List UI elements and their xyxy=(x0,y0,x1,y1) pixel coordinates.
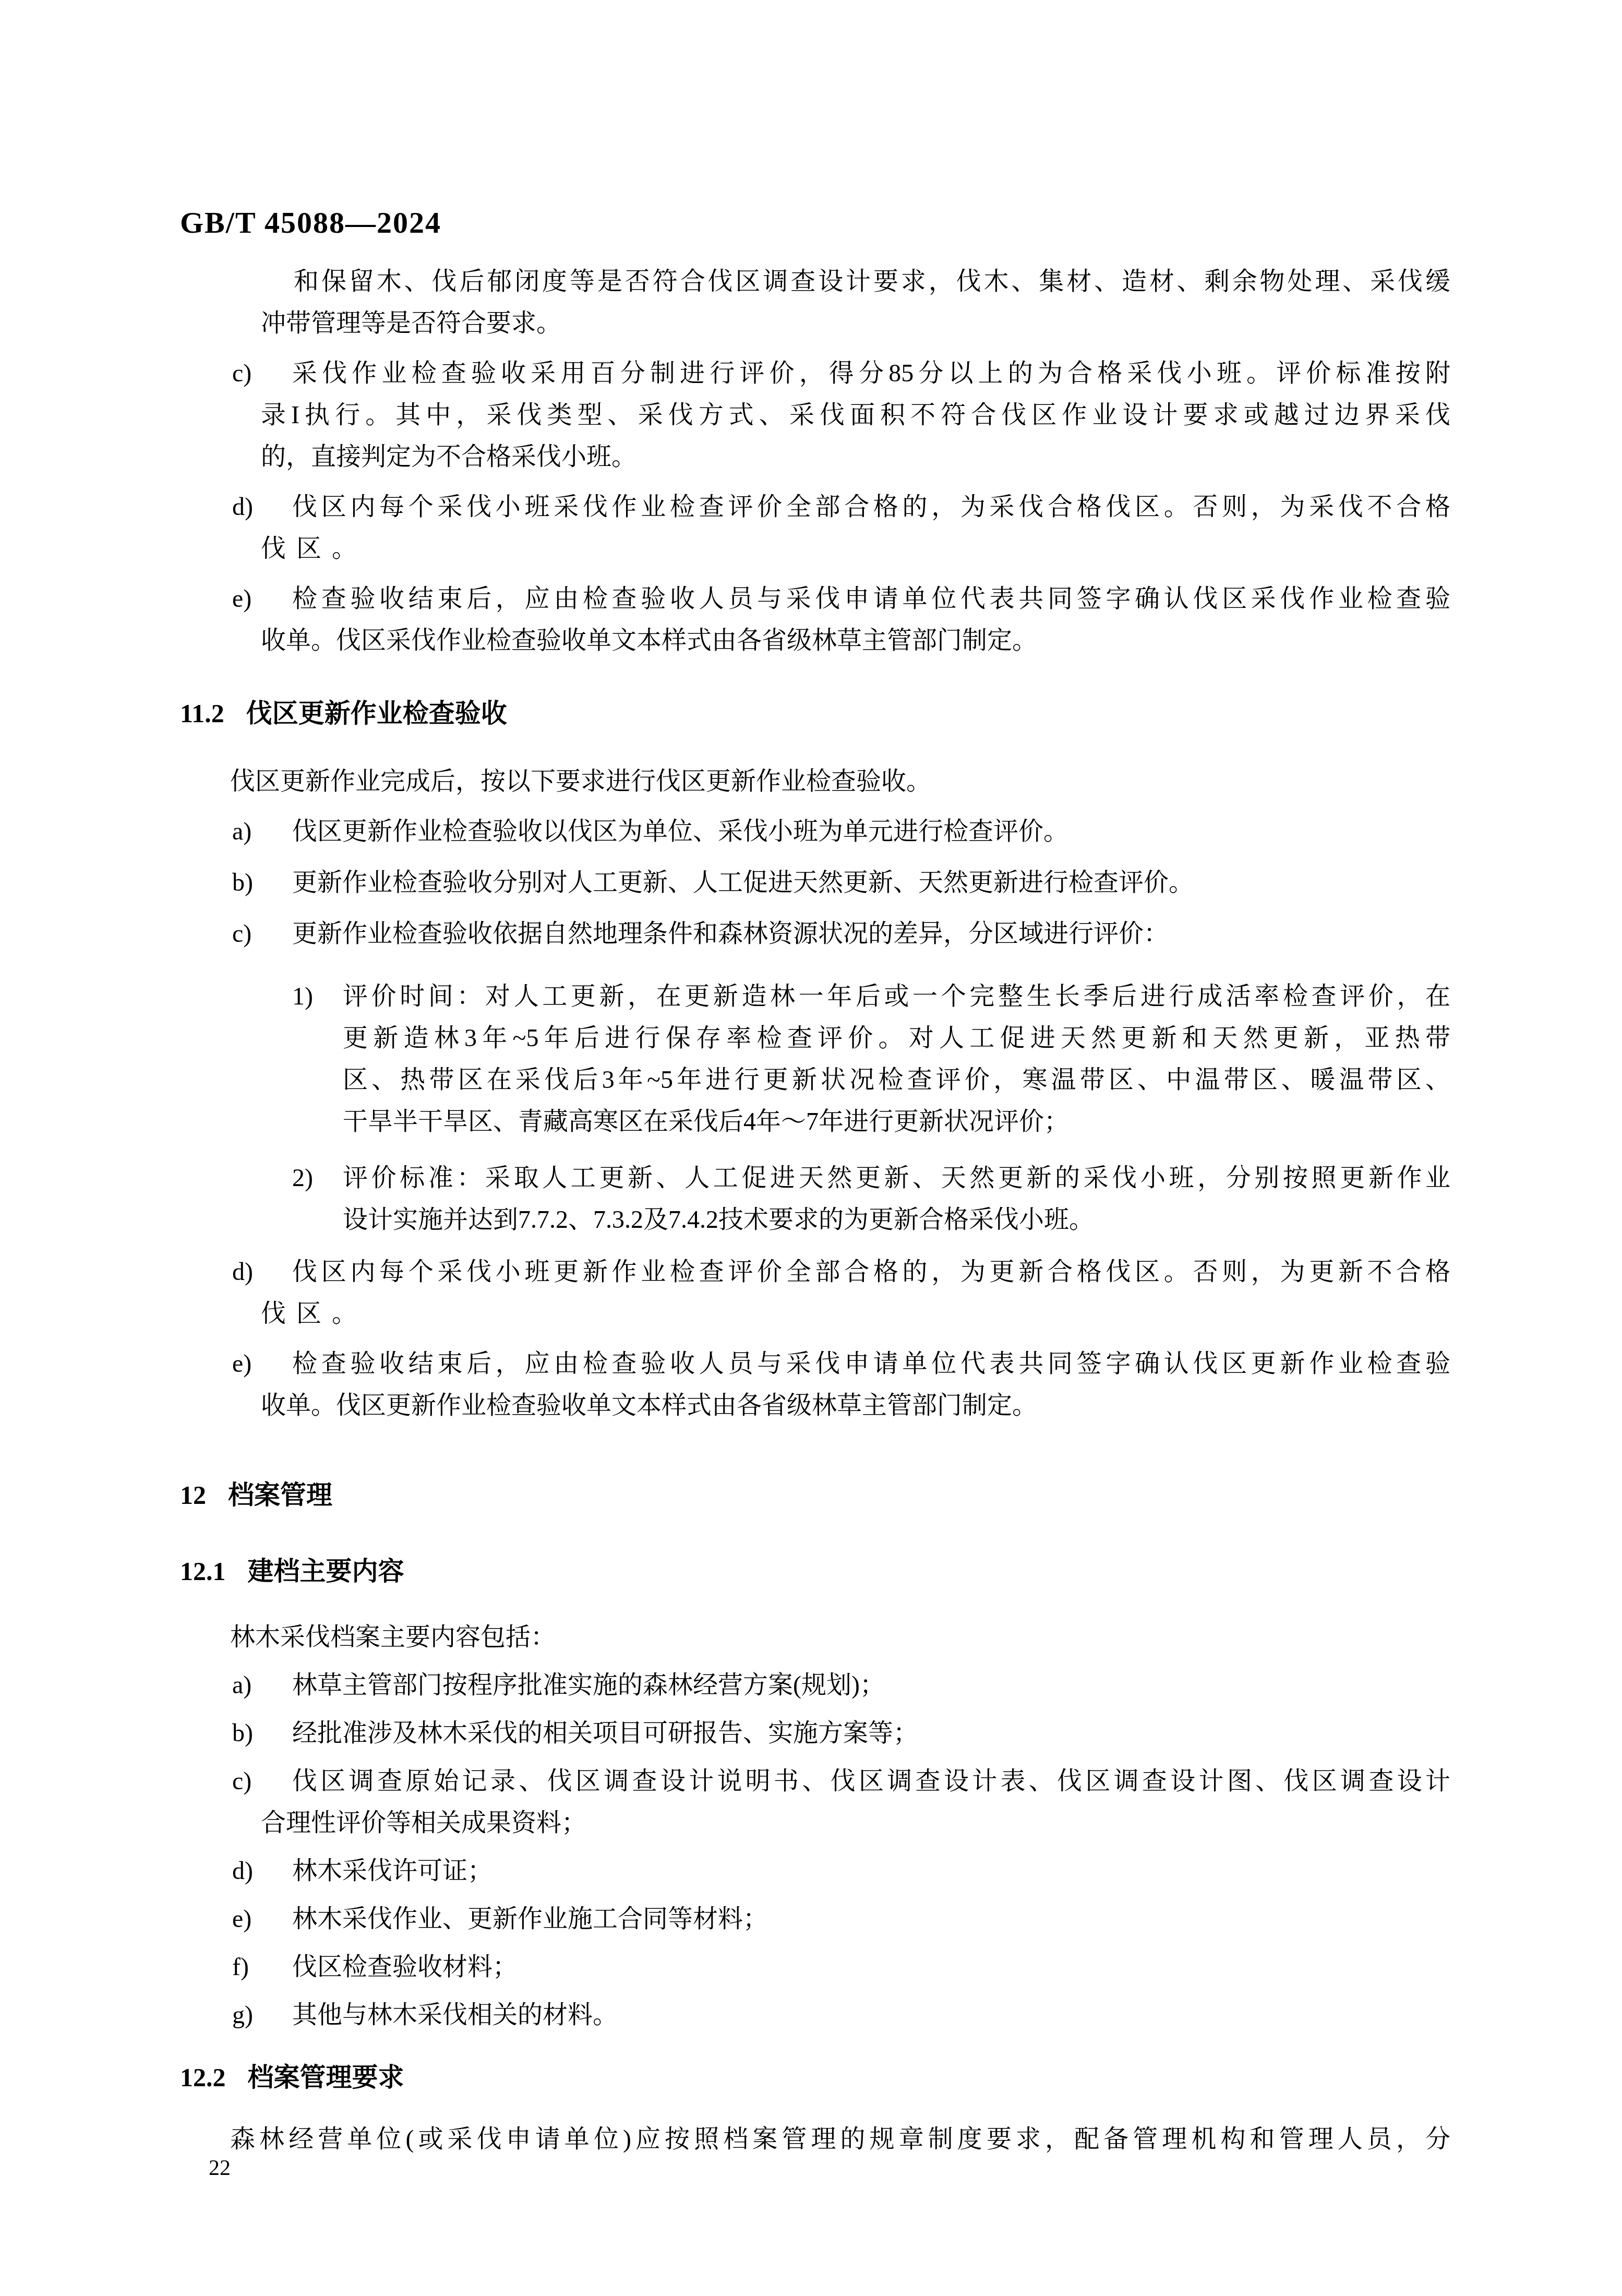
section-heading-12-2: 12.2档案管理要求 xyxy=(180,2059,1450,2096)
list-item: b) 更新作业检查验收分别对人工更新、人工促进天然更新、天然更新进行检查评价。 xyxy=(180,862,1450,904)
paragraph-line: 冲带管理等是否符合要求。 xyxy=(261,303,1450,344)
list-item: c) 采伐作业检查验收采用百分制进行评价，得分85分以上的为合格采伐小班。评价标… xyxy=(180,353,1450,478)
item-line: 伐区更新作业检查验收以伐区为单位、采伐小班为单元进行检查评价。 xyxy=(292,811,1450,853)
item-line: 区、热带区在采伐后3年~5年进行更新状况检查评价，寒温带区、中温带区、暖温带区、 xyxy=(343,1059,1450,1101)
item-line: 林木采伐作业、更新作业施工合同等材料； xyxy=(292,1898,1450,1940)
section-number: 12 xyxy=(180,1480,206,1510)
item-line: 伐区。 xyxy=(261,528,1450,570)
item-marker: 2) xyxy=(292,1157,313,1199)
item-marker: d) xyxy=(232,486,253,528)
item-line: 收单。伐区采伐作业检查验收单文本样式由各省级林草主管部门制定。 xyxy=(261,620,1450,662)
item-line: 录I执行。其中，采伐类型、采伐方式、采伐面积不符合伐区作业设计要求或越过边界采伐 xyxy=(261,394,1450,436)
item-marker: f) xyxy=(232,1946,249,1988)
item-line: 采伐作业检查验收采用百分制进行评价，得分85分以上的为合格采伐小班。评价标准按附 xyxy=(292,353,1450,394)
item-marker: e) xyxy=(232,1343,251,1385)
list-item: b) 经批准涉及林木采伐的相关项目可研报告、实施方案等； xyxy=(180,1713,1450,1754)
item-marker: c) xyxy=(232,913,251,955)
item-marker: d) xyxy=(232,1850,253,1892)
paragraph-line: 和保留木、伐后郁闭度等是否符合伐区调查设计要求，伐木、集材、造材、剩余物处理、采… xyxy=(294,261,1450,303)
item-line: 林木采伐许可证； xyxy=(292,1850,1450,1892)
list-item: d) 伐区内每个采伐小班采伐作业检查评价全部合格的，为采伐合格伐区。否则，为采伐… xyxy=(180,486,1450,570)
item-marker: a) xyxy=(232,1665,251,1706)
item-line: 评价时间：对人工更新，在更新造林一年后或一个完整生长季后进行成活率检查评价，在 xyxy=(343,976,1450,1018)
item-line: 伐区内每个采伐小班更新作业检查评价全部合格的，为更新合格伐区。否则，为更新不合格 xyxy=(292,1251,1450,1293)
item-marker: e) xyxy=(232,1898,251,1940)
item-line: 更新造林3年~5年后进行保存率检查评价。对人工促进天然更新和天然更新，亚热带 xyxy=(343,1018,1450,1059)
list-item: e) 林木采伐作业、更新作业施工合同等材料； xyxy=(180,1898,1450,1940)
list-item: c) 更新作业检查验收依据自然地理条件和森林资源状况的差异，分区域进行评价： xyxy=(180,913,1450,955)
item-line: 更新作业检查验收依据自然地理条件和森林资源状况的差异，分区域进行评价： xyxy=(292,913,1450,955)
paragraph: 林木采伐档案主要内容包括： xyxy=(180,1617,1450,1658)
item-marker: d) xyxy=(232,1251,253,1293)
section-number: 12.1 xyxy=(180,1557,226,1586)
standard-number: GB/T 45088—2024 xyxy=(180,205,441,240)
document-page: GB/T 45088—2024 和保留木、伐后郁闭度等是否符合伐区调查设计要求，… xyxy=(0,0,1622,2296)
sub-list-item: 1) 评价时间：对人工更新，在更新造林一年后或一个完整生长季后进行成活率检查评价… xyxy=(180,976,1450,1143)
list-item: e) 检查验收结束后，应由检查验收人员与采伐申请单位代表共同签字确认伐区采伐作业… xyxy=(180,578,1450,662)
list-item: f) 伐区检查验收材料； xyxy=(180,1946,1450,1988)
list-item: d) 林木采伐许可证； xyxy=(180,1850,1450,1892)
item-marker: 1) xyxy=(292,976,313,1018)
section-heading-12: 12档案管理 xyxy=(180,1477,1450,1513)
list-item: a) 伐区更新作业检查验收以伐区为单位、采伐小班为单元进行检查评价。 xyxy=(180,811,1450,853)
paragraph: 森林经营单位(或采伐申请单位)应按照档案管理的规章制度要求，配备管理机构和管理人… xyxy=(180,2119,1450,2160)
item-line: 林草主管部门按程序批准实施的森林经营方案(规划)； xyxy=(292,1665,1450,1706)
item-line: 检查验收结束后，应由检查验收人员与采伐申请单位代表共同签字确认伐区采伐作业检查验 xyxy=(292,578,1450,620)
section-heading-11-2: 11.2伐区更新作业检查验收 xyxy=(180,695,1450,732)
list-item: d) 伐区内每个采伐小班更新作业检查评价全部合格的，为更新合格伐区。否则，为更新… xyxy=(180,1251,1450,1335)
section-title: 档案管理要求 xyxy=(248,2063,404,2092)
item-line: 设计实施并达到7.7.2、7.3.2及7.4.2技术要求的为更新合格采伐小班。 xyxy=(343,1199,1450,1241)
item-line: 评价标准：采取人工更新、人工促进天然更新、天然更新的采伐小班，分别按照更新作业 xyxy=(343,1157,1450,1199)
item-line: 检查验收结束后，应由检查验收人员与采伐申请单位代表共同签字确认伐区更新作业检查验 xyxy=(292,1343,1450,1385)
section-heading-12-1: 12.1建档主要内容 xyxy=(180,1553,1450,1589)
page-content: 和保留木、伐后郁闭度等是否符合伐区调查设计要求，伐木、集材、造材、剩余物处理、采… xyxy=(180,261,1450,2160)
list-item: e) 检查验收结束后，应由检查验收人员与采伐申请单位代表共同签字确认伐区更新作业… xyxy=(180,1343,1450,1427)
item-marker: b) xyxy=(232,1713,253,1754)
item-line: 伐区调查原始记录、伐区调查设计说明书、伐区调查设计表、伐区调查设计图、伐区调查设… xyxy=(292,1761,1450,1802)
item-marker: b) xyxy=(232,862,253,904)
section-title: 建档主要内容 xyxy=(248,1557,404,1586)
item-line: 伐区内每个采伐小班采伐作业检查评价全部合格的，为采伐合格伐区。否则，为采伐不合格 xyxy=(292,486,1450,528)
page-number: 22 xyxy=(209,2155,231,2181)
item-marker: e) xyxy=(232,578,251,620)
list-item: c) 伐区调查原始记录、伐区调查设计说明书、伐区调查设计表、伐区调查设计图、伐区… xyxy=(180,1761,1450,1844)
item-line: 的，直接判定为不合格采伐小班。 xyxy=(261,436,1450,478)
item-marker: g) xyxy=(232,1994,253,2036)
list-item: g) 其他与林木采伐相关的材料。 xyxy=(180,1994,1450,2036)
item-marker: a) xyxy=(232,811,251,853)
item-line: 其他与林木采伐相关的材料。 xyxy=(292,1994,1450,2036)
item-line: 更新作业检查验收分别对人工更新、人工促进天然更新、天然更新进行检查评价。 xyxy=(292,862,1450,904)
item-marker: c) xyxy=(232,1761,251,1802)
paragraph: 伐区更新作业完成后，按以下要求进行伐区更新作业检查验收。 xyxy=(180,761,1450,803)
item-line: 合理性评价等相关成果资料； xyxy=(261,1802,1450,1844)
list-item: a) 林草主管部门按程序批准实施的森林经营方案(规划)； xyxy=(180,1665,1450,1706)
section-number: 12.2 xyxy=(180,2063,226,2092)
section-title: 档案管理 xyxy=(228,1480,332,1510)
sub-list-item: 2) 评价标准：采取人工更新、人工促进天然更新、天然更新的采伐小班，分别按照更新… xyxy=(180,1157,1450,1241)
item-line: 伐区检查验收材料； xyxy=(292,1946,1450,1988)
item-line: 伐区。 xyxy=(261,1293,1450,1335)
paragraph-continued: 和保留木、伐后郁闭度等是否符合伐区调查设计要求，伐木、集材、造材、剩余物处理、采… xyxy=(180,261,1450,344)
item-line: 经批准涉及林木采伐的相关项目可研报告、实施方案等； xyxy=(292,1713,1450,1754)
item-line: 收单。伐区更新作业检查验收单文本样式由各省级林草主管部门制定。 xyxy=(261,1385,1450,1427)
item-line: 干旱半干旱区、青藏高寒区在采伐后4年～7年进行更新状况评价； xyxy=(343,1101,1450,1143)
section-title: 伐区更新作业检查验收 xyxy=(246,699,507,728)
section-number: 11.2 xyxy=(180,699,224,728)
item-marker: c) xyxy=(232,353,251,394)
